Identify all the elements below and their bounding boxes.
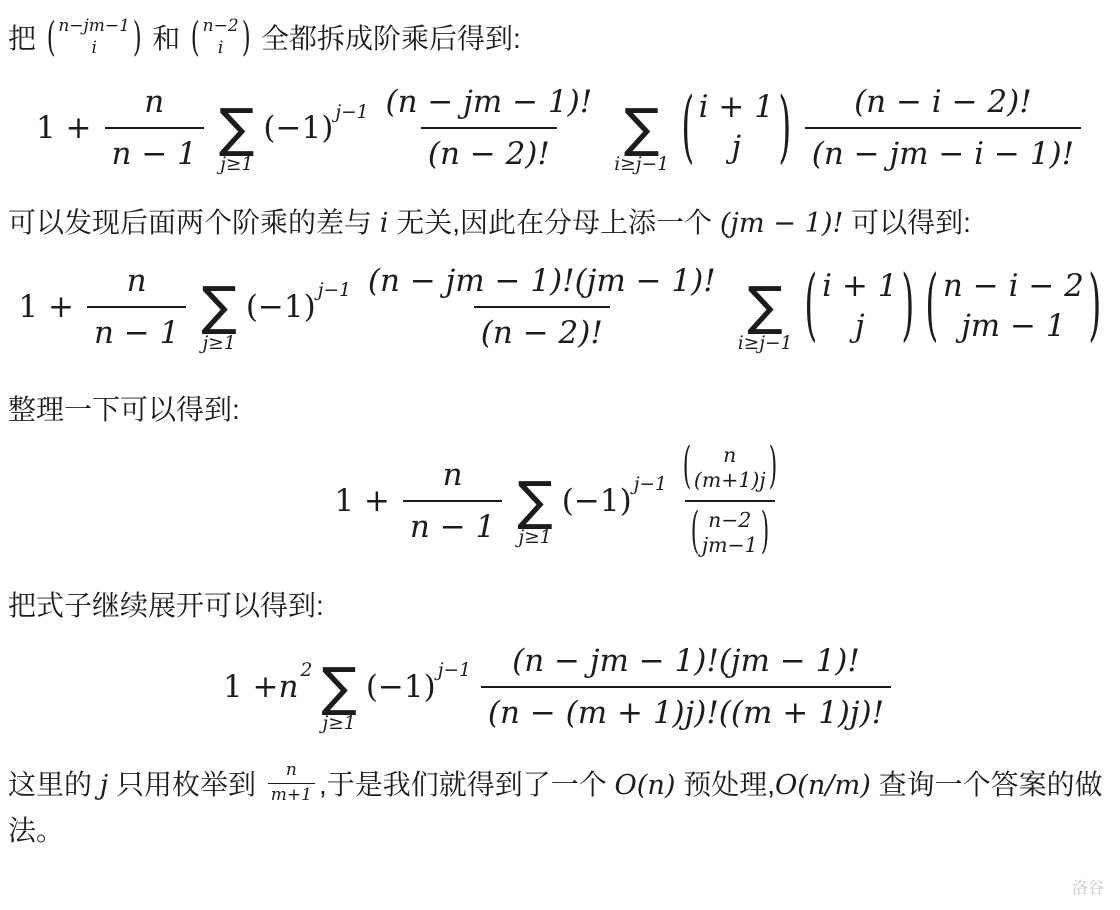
- left-paren: (: [926, 267, 939, 346]
- left-paren: (: [47, 17, 56, 58]
- binomial-bottom: jm − 1: [961, 307, 1065, 347]
- numerator: n: [137, 84, 171, 127]
- left-paren: (: [691, 508, 699, 558]
- power-base: (−1): [263, 110, 333, 146]
- fraction: n n − 1: [403, 457, 502, 545]
- power-exponent: j−1: [318, 280, 351, 301]
- left-paren: (: [681, 89, 694, 168]
- denominator: (n − jm − i − 1)!: [805, 127, 1081, 172]
- text-segment: ,于是我们就得到了一个: [319, 769, 615, 800]
- fraction: (n − jm − 1)! (n − 2)!: [379, 84, 600, 172]
- binomial-top: n−2: [203, 16, 239, 37]
- left-paren: (: [683, 443, 691, 493]
- formula-4: 1 + n 2 ∑ j≥1 (−1) j−1 (n − jm − 1)!(jm …: [8, 643, 1112, 731]
- summation: ∑ i≥j−1: [614, 107, 669, 175]
- lead-exponent: 2: [300, 660, 312, 681]
- denominator: n − 1: [87, 306, 186, 351]
- numerator: n: [283, 761, 300, 783]
- text-segment: 全都拆成阶乘后得到:: [253, 23, 521, 54]
- sum-limits: j≥1: [202, 333, 235, 354]
- binomial: ( n(m+1)j ): [682, 443, 778, 494]
- power-term: (−1) j−1: [366, 669, 471, 705]
- denominator: n − 1: [403, 500, 502, 545]
- summation: ∑ j≥1: [321, 666, 357, 734]
- text-segment: 这里的: [8, 769, 100, 800]
- numerator: (n − jm − 1)!(jm − 1)!: [505, 643, 867, 686]
- right-paren: ): [902, 267, 915, 346]
- binomial-bottom: (m+1)j: [694, 468, 766, 494]
- lead-variable: n: [279, 669, 299, 705]
- power-term: (−1) j−1: [562, 483, 667, 519]
- sigma-icon: ∑: [747, 285, 783, 328]
- document-body: { "colors": { "background": "#ffffff", "…: [0, 0, 1120, 910]
- sigma-icon: ∑: [624, 107, 660, 150]
- summation: ∑ i≥j−1: [738, 285, 793, 353]
- binomial-top: i + 1: [822, 267, 897, 307]
- denominator: n − 1: [105, 127, 204, 172]
- summation: ∑ j≥1: [201, 285, 237, 353]
- numerator: n: [436, 457, 470, 500]
- power-term: (−1) j−1: [263, 110, 368, 146]
- binomial: ( i + 1j ): [803, 267, 916, 346]
- fraction: n n − 1: [105, 84, 204, 172]
- binomial-bottom: j: [732, 128, 742, 168]
- power-base: (−1): [366, 669, 436, 705]
- binomial-inline: (n−jm−1i): [46, 16, 143, 59]
- summation: ∑ j≥1: [219, 107, 255, 175]
- numerator: (n − jm − 1)!(jm − 1)!: [361, 263, 723, 306]
- binomial: ( n − i − 2jm − 1 ): [924, 267, 1102, 346]
- power-exponent: j−1: [335, 102, 368, 123]
- left-paren: (: [805, 267, 818, 346]
- binomial-top: n−2: [708, 508, 751, 534]
- formula-2: 1 + n n − 1 ∑ j≥1 (−1) j−1 (n − jm − 1)!…: [8, 263, 1112, 351]
- text-segment: 把: [8, 23, 44, 54]
- paragraph-simplify: 整理一下可以得到:: [8, 389, 1112, 431]
- denominator: (n − 2)!: [474, 306, 610, 351]
- text-segment: 预处理,: [675, 769, 775, 800]
- luogu-watermark: 洛谷: [1072, 875, 1104, 898]
- binomial-bottom: i: [91, 38, 96, 59]
- binomial-top: n−jm−1: [58, 16, 130, 37]
- binomial-inline: (n−2i): [190, 16, 251, 59]
- inline-math: (jm − 1)!: [720, 208, 844, 239]
- lead-prefix: 1 +: [223, 669, 279, 705]
- binomial: ( n−2jm−1 ): [690, 508, 770, 559]
- sigma-icon: ∑: [517, 480, 553, 523]
- sum-limits: j≥1: [518, 527, 551, 548]
- binomial: ( i + 1j ): [680, 88, 793, 167]
- inline-math: O(n/m): [775, 770, 871, 801]
- binomial-bottom: j: [855, 307, 865, 347]
- denominator: (n − (m + 1)j)!((m + 1)j)!: [481, 686, 891, 731]
- formula-3: 1 + n n − 1 ∑ j≥1 (−1) j−1 ( n(m+1)j ) (…: [8, 443, 1112, 559]
- lead-term: 1 +: [36, 110, 92, 146]
- numerator: (n − jm − 1)!: [379, 84, 600, 127]
- binomial-top: n − i − 2: [943, 267, 1084, 307]
- binomial-bottom: jm−1: [702, 533, 758, 559]
- text-segment: 只用枚举到: [108, 769, 264, 800]
- text-segment: 可以得到:: [843, 207, 971, 238]
- sum-limits: j≥1: [220, 154, 253, 175]
- text-segment: 整理一下可以得到:: [8, 394, 240, 425]
- right-paren: ): [760, 508, 768, 558]
- power-base: (−1): [246, 289, 316, 325]
- right-paren: ): [133, 17, 142, 58]
- text-segment: 把式子继续展开可以得到:: [8, 590, 324, 621]
- fraction-inline: nm+1: [268, 761, 315, 805]
- sigma-icon: ∑: [219, 107, 255, 150]
- binomial-top: n: [723, 443, 736, 469]
- fraction: n n − 1: [87, 263, 186, 351]
- denominator: (n − 2)!: [421, 127, 557, 172]
- right-paren: ): [241, 17, 250, 58]
- inline-math: j: [100, 770, 108, 801]
- lead-term: 1 +: [18, 289, 74, 325]
- right-paren: ): [1088, 267, 1101, 346]
- text-segment: 可以发现后面两个阶乘的差与: [8, 207, 380, 238]
- power-exponent: j−1: [634, 474, 667, 495]
- power-base: (−1): [562, 483, 632, 519]
- paragraph-intro: 把 (n−jm−1i) 和 (n−2i) 全都拆成阶乘后得到:: [8, 18, 1112, 62]
- binomial-top: i + 1: [699, 88, 774, 128]
- text-segment: 和: [145, 23, 189, 54]
- fraction-of-binomials: ( n(m+1)j ) ( n−2jm−1 ): [677, 443, 783, 559]
- denominator: m+1: [268, 783, 315, 806]
- lead-term: 1 +: [334, 483, 390, 519]
- sigma-icon: ∑: [201, 285, 237, 328]
- sum-limits: j≥1: [322, 713, 355, 734]
- formula-1: 1 + n n − 1 ∑ j≥1 (−1) j−1 (n − jm − 1)!…: [8, 84, 1112, 172]
- sum-limits: i≥j−1: [738, 333, 793, 354]
- inline-math: O(n): [615, 770, 676, 801]
- power-term: (−1) j−1: [246, 289, 351, 325]
- text-segment: 无关,因此在分母上添一个: [388, 207, 719, 238]
- fraction: (n − jm − 1)!(jm − 1)! (n − (m + 1)j)!((…: [481, 643, 891, 731]
- right-paren: ): [768, 443, 776, 493]
- paragraph-expand: 把式子继续展开可以得到:: [8, 585, 1112, 627]
- left-paren: (: [191, 17, 200, 58]
- lead-term: 1 + n 2: [223, 669, 312, 705]
- fraction: (n − jm − 1)!(jm − 1)! (n − 2)!: [361, 263, 723, 351]
- sum-limits: i≥j−1: [614, 154, 669, 175]
- numerator: n: [120, 263, 154, 306]
- right-paren: ): [778, 89, 791, 168]
- summation: ∑ j≥1: [517, 480, 553, 548]
- paragraph-conclusion: 这里的 j 只用枚举到 nm+1,于是我们就得到了一个 O(n) 预处理,O(n…: [8, 763, 1112, 853]
- fraction: (n − i − 2)! (n − jm − i − 1)!: [805, 84, 1081, 172]
- paragraph-observation: 可以发现后面两个阶乘的差与 i 无关,因此在分母上添一个 (jm − 1)! 可…: [8, 202, 1112, 245]
- binomial-bottom: i: [218, 38, 223, 59]
- numerator: (n − i − 2)!: [847, 84, 1039, 127]
- sigma-icon: ∑: [321, 666, 357, 709]
- power-exponent: j−1: [438, 660, 471, 681]
